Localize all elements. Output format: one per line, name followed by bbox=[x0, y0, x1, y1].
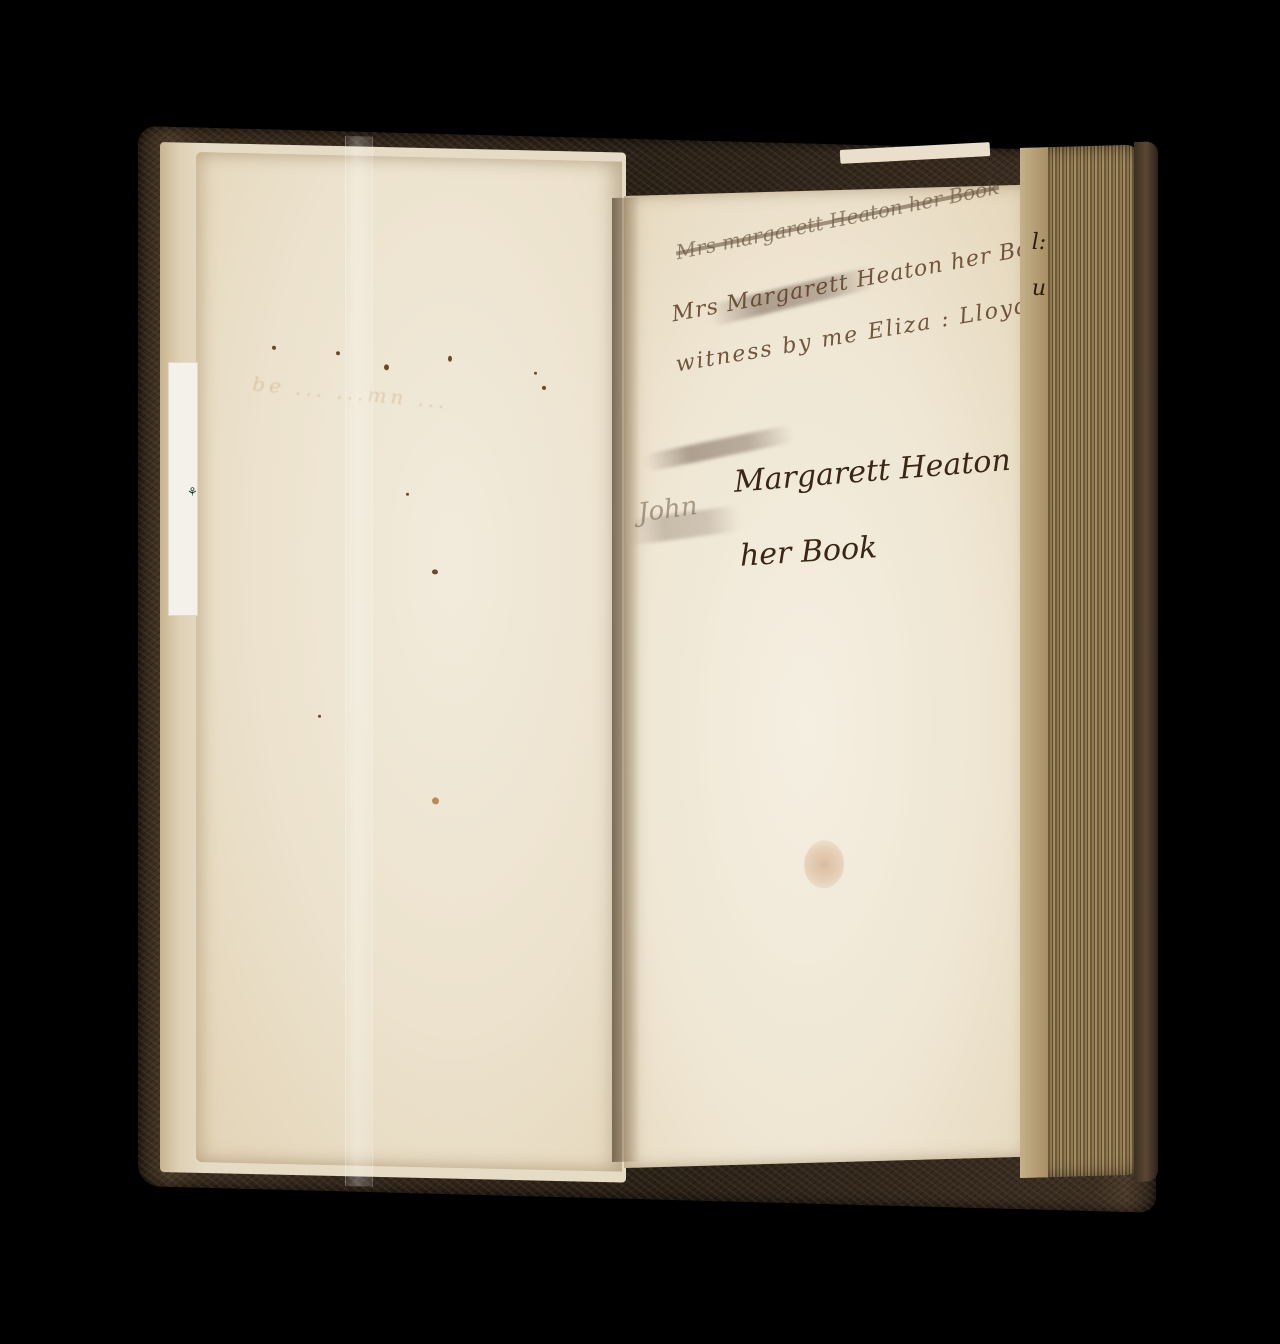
inscription-line-3: Margarett Heaton bbox=[733, 443, 1011, 500]
fore-edge-letters: l: u bbox=[1024, 220, 1054, 312]
foxing-spot bbox=[542, 386, 546, 390]
book-photograph: be ... ...mn ... ⚘ Mrs margarett Heaton … bbox=[0, 0, 1280, 1344]
transparent-tape-strip bbox=[345, 136, 373, 1187]
label-mark-icon: ⚘ bbox=[187, 485, 198, 499]
offset-ghost-text: be ... ...mn ... bbox=[252, 371, 593, 426]
foxing-spot bbox=[432, 797, 439, 804]
foxing-spot bbox=[336, 351, 340, 355]
label-slip: ⚘ bbox=[168, 362, 198, 616]
foxing-spot bbox=[534, 372, 537, 375]
foxing-spot bbox=[318, 715, 321, 718]
edge-letter: l: bbox=[1024, 220, 1054, 266]
water-stain bbox=[804, 840, 844, 889]
foxing-spot bbox=[448, 356, 452, 362]
foxing-spot bbox=[406, 493, 409, 496]
left-flyleaf-page: be ... ...mn ... bbox=[196, 152, 622, 1172]
back-cover-edge bbox=[1134, 141, 1158, 1182]
foxing-spot bbox=[432, 569, 438, 574]
edge-letter: u bbox=[1024, 266, 1054, 312]
right-title-page: Mrs margarett Heaton her Book Mrs Margar… bbox=[624, 185, 1028, 1168]
inscription-line-4: her Book bbox=[739, 530, 877, 574]
foxing-spot bbox=[384, 364, 389, 370]
gutter-shadow bbox=[612, 197, 640, 1162]
foxing-spot bbox=[272, 346, 276, 350]
